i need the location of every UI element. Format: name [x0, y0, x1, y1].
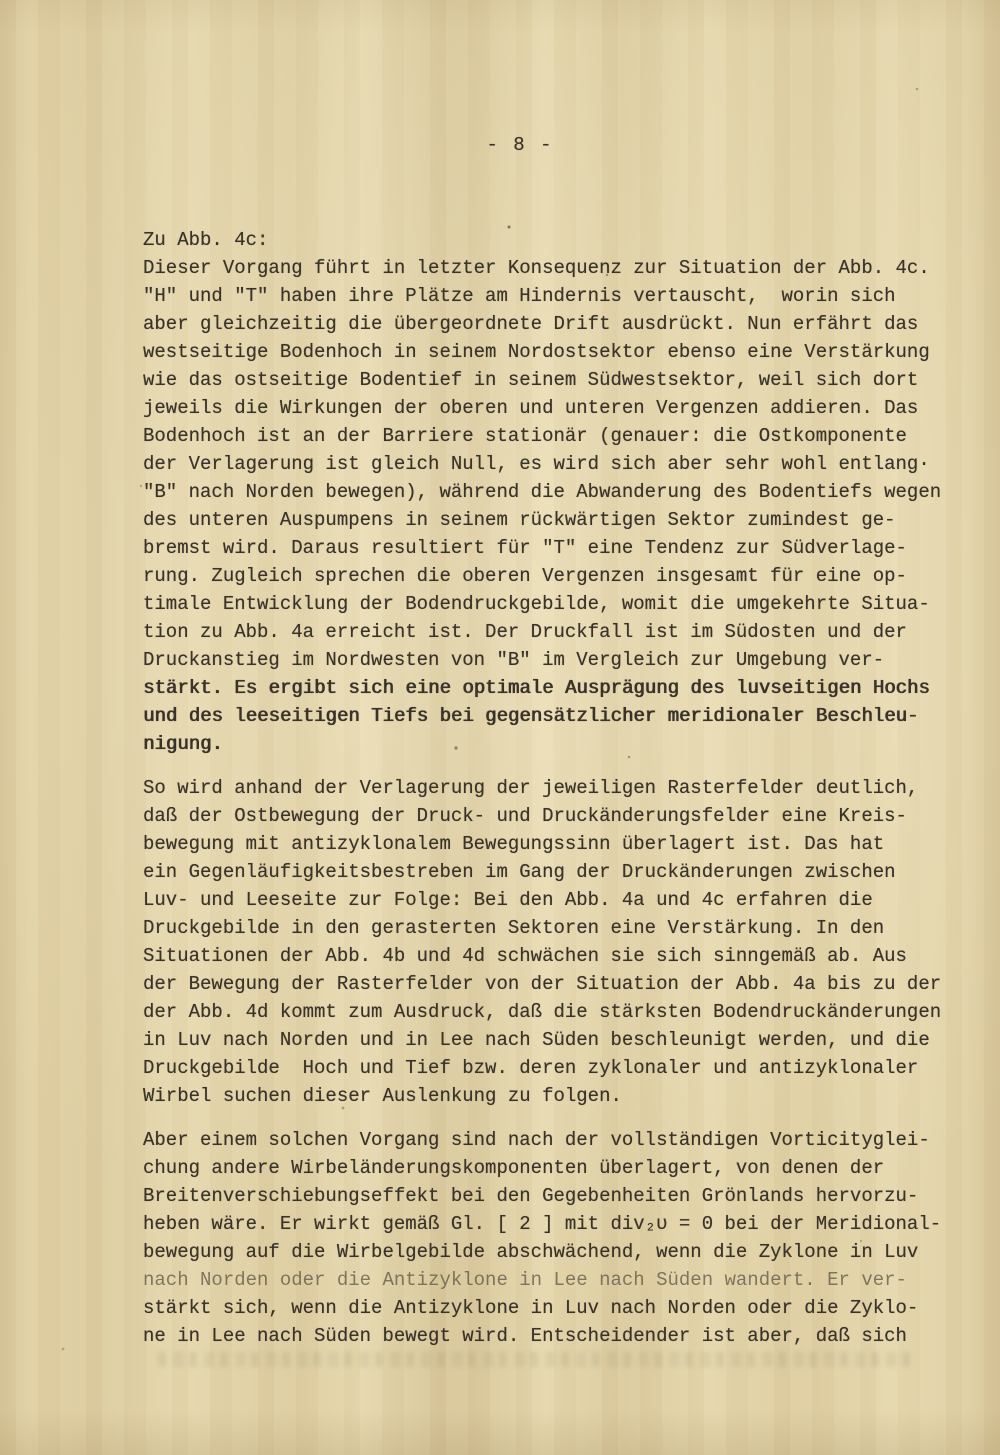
text-line: Situationen der Abb. 4b und 4d schwächen… [143, 942, 953, 970]
text-line: der Abb. 4d kommt zum Ausdruck, daß die … [143, 998, 953, 1026]
paragraph: Aber einem solchen Vorgang sind nach der… [143, 1126, 953, 1350]
text-line: ne in Lee nach Süden bewegt wird. Entsch… [143, 1322, 953, 1350]
bleed-through-text [158, 1352, 913, 1367]
text-line: der Bewegung der Rasterfelder von der Si… [143, 970, 953, 998]
text-line: heben wäre. Er wirkt gemäß Gl. [ 2 ] mit… [143, 1210, 953, 1238]
text-line: des unteren Auspumpens in seinem rückwär… [143, 506, 953, 534]
paragraphs: Dieser Vorgang führt in letzter Konseque… [143, 254, 953, 1350]
text-line: Druckgebilde Hoch und Tief bzw. deren zy… [143, 1054, 953, 1082]
page-number: - 8 - [20, 134, 1000, 156]
text-line: So wird anhand der Verlagerung der jewei… [143, 774, 953, 802]
text-line: Druckanstieg im Nordwesten von "B" im Ve… [143, 646, 953, 674]
section-heading: Zu Abb. 4c: [143, 226, 953, 254]
text-line: der Verlagerung ist gleich Null, es wird… [143, 450, 953, 478]
text-line: jeweils die Wirkungen der oberen und unt… [143, 394, 953, 422]
text-line: aber gleichzeitig die übergeordnete Drif… [143, 310, 953, 338]
text-line: "B" nach Norden bewegen), während die Ab… [143, 478, 953, 506]
document-page: - 8 - Zu Abb. 4c: Dieser Vorgang führt i… [0, 0, 1000, 1455]
paper-speckles [0, 0, 2, 2]
text-line: chung andere Wirbeländerungskomponenten … [143, 1154, 953, 1182]
text-line: Druckgebilde in den gerasterten Sektoren… [143, 914, 953, 942]
text-line: bewegung auf die Wirbelgebilde abschwäch… [143, 1238, 953, 1266]
text-line: westseitige Bodenhoch in seinem Nordosts… [143, 338, 953, 366]
text-line: stärkt sich, wenn die Antizyklone in Luv… [143, 1294, 953, 1322]
text-line: wie das ostseitige Bodentief in seinem S… [143, 366, 953, 394]
text-line: nigung. [143, 730, 953, 758]
text-line: nach Norden oder die Antizyklone in Lee … [143, 1266, 953, 1294]
text-line: und des leeseitigen Tiefs bei gegensätzl… [143, 702, 953, 730]
text-line: Luv- und Leeseite zur Folge: Bei den Abb… [143, 886, 953, 914]
text-line: Breitenverschiebungseffekt bei den Gegeb… [143, 1182, 953, 1210]
text-block: Zu Abb. 4c: Dieser Vorgang führt in letz… [143, 226, 953, 1350]
text-line: stärkt. Es ergibt sich eine optimale Aus… [143, 674, 953, 702]
text-line: Aber einem solchen Vorgang sind nach der… [143, 1126, 953, 1154]
paragraph: Dieser Vorgang führt in letzter Konseque… [143, 254, 953, 758]
text-line: Wirbel suchen dieser Auslenkung zu folge… [143, 1082, 953, 1110]
text-line: "H" und "T" haben ihre Plätze am Hindern… [143, 282, 953, 310]
text-line: daß der Ostbewegung der Druck- und Druck… [143, 802, 953, 830]
text-line: timale Entwicklung der Bodendruckgebilde… [143, 590, 953, 618]
text-line: ein Gegenläufigkeitsbestreben im Gang de… [143, 858, 953, 886]
text-line: bremst wird. Daraus resultiert für "T" e… [143, 534, 953, 562]
text-line: Bodenhoch ist an der Barriere stationär … [143, 422, 953, 450]
text-line: tion zu Abb. 4a erreicht ist. Der Druckf… [143, 618, 953, 646]
text-line: bewegung mit antizyklonalem Bewegungssin… [143, 830, 953, 858]
text-line: in Luv nach Norden und in Lee nach Süden… [143, 1026, 953, 1054]
text-line: Dieser Vorgang führt in letzter Konseque… [143, 254, 953, 282]
text-line: rung. Zugleich sprechen die oberen Verge… [143, 562, 953, 590]
paragraph: So wird anhand der Verlagerung der jewei… [143, 774, 953, 1110]
